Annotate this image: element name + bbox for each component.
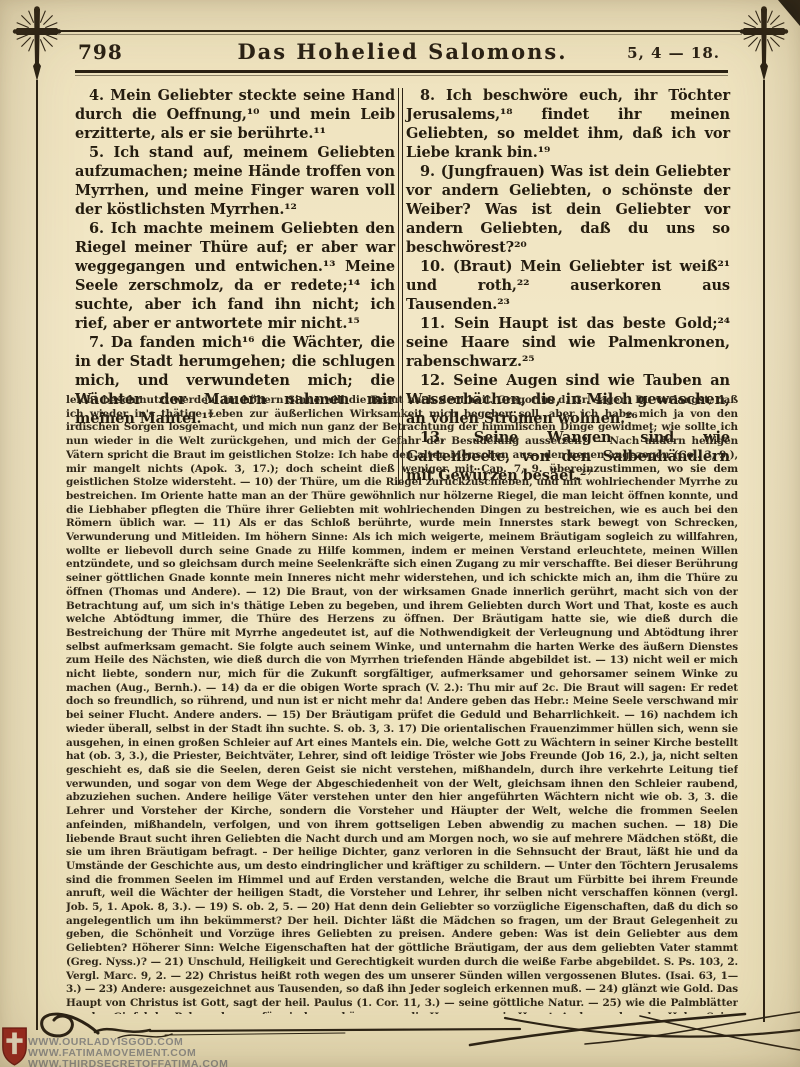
watermark-line: WWW.THIRDSECRETOFFATIMA.COM (28, 1059, 228, 1067)
commentary-text: leicht beschmutzt werden. Im höhern Sinn… (66, 394, 738, 1014)
verse-paragraph: 4. Mein Geliebter steckte seine Hand dur… (75, 86, 395, 143)
verse-range: 5, 4 — 18. (627, 44, 720, 62)
frame-left-border (36, 80, 38, 1030)
watermark-block: WWW.OURLADYISGOD.COM WWW.FATIMAMOVEMENT.… (28, 1037, 228, 1067)
header-rule (75, 70, 728, 73)
frame-top-border (58, 30, 742, 32)
verse-paragraph: 9. (Jungfrauen) Was ist dein Geliebter v… (406, 162, 730, 257)
scanned-book-page: 798 Das Hohelied Salomons. 5, 4 — 18. 4.… (0, 0, 800, 1067)
verse-paragraph: 10. (Braut) Mein Geliebter ist weiß²¹ un… (406, 257, 730, 314)
verse-paragraph: 6. Ich machte meinem Geliebten den Riege… (75, 219, 395, 333)
verse-paragraph: 11. Sein Haupt ist das beste Gold;²⁴ sei… (406, 314, 730, 371)
header-rule-thin (75, 75, 728, 76)
verse-paragraph: 8. Ich beschwöre euch, ihr Töchter Jerus… (406, 86, 730, 162)
scan-corner-artifact (778, 0, 800, 26)
verse-paragraph: 5. Ich stand auf, meinem Geliebten aufzu… (75, 143, 395, 219)
red-shield-cross-icon (1, 1026, 28, 1066)
frame-right-border (763, 80, 765, 1022)
frame-top-border-thin (58, 34, 742, 35)
